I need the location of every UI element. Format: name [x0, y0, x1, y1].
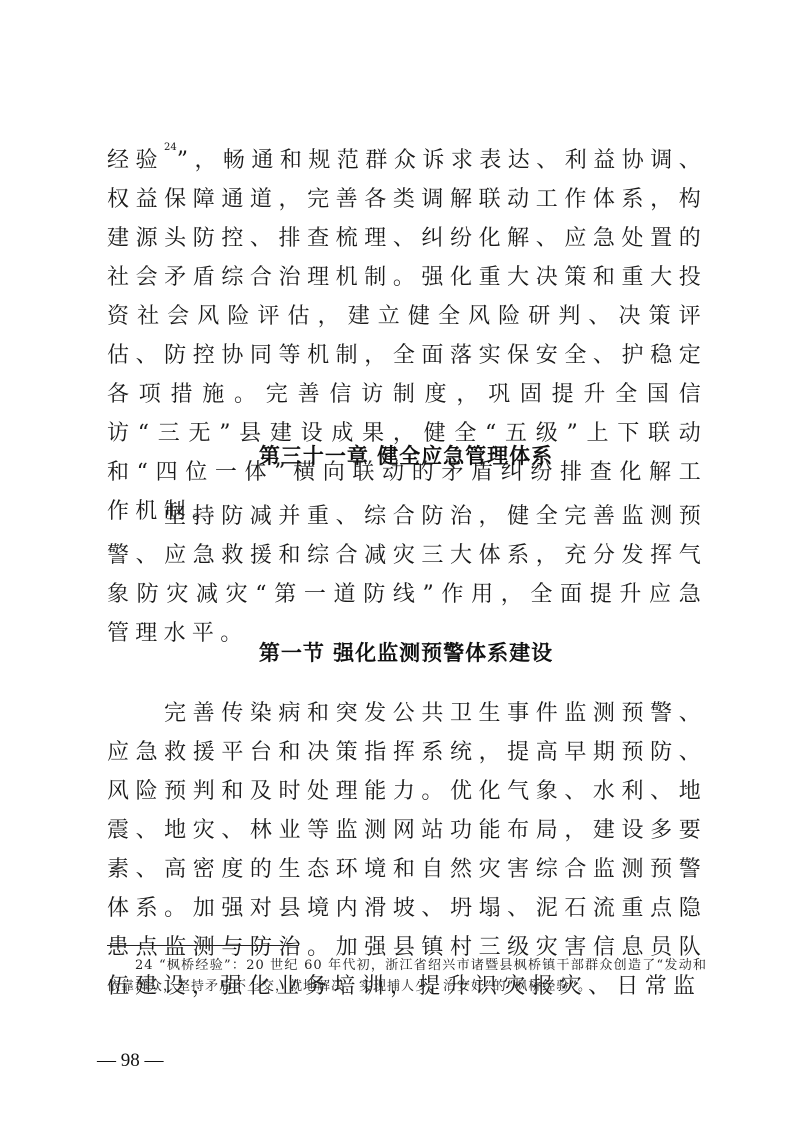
chapter-heading: 第三十一章 健全应急管理体系	[107, 440, 705, 470]
footnote-reference[interactable]: 24	[164, 142, 177, 153]
document-page: 经验24”，畅通和规范群众诉求表达、利益协调、权益保障通道，完善各类调解联动工作…	[0, 0, 793, 1122]
footnote-24: 24 “枫桥经验”：20 世纪 60 年代初，浙江省绍兴市诸暨县枫桥镇干部群众创…	[107, 955, 707, 997]
page-number: — 98 —	[97, 1050, 164, 1072]
footnote-divider	[107, 945, 299, 946]
paragraph-start: 经验	[107, 148, 164, 173]
paragraph-emergency-intro: 坚持防减并重、综合防治，健全完善监测预警、应急救援和综合减灾三大体系，充分发挥气…	[107, 497, 707, 653]
section-heading: 第一节 强化监测预警体系建设	[107, 637, 705, 667]
paragraph-social-governance: 经验24”，畅通和规范群众诉求表达、利益协调、权益保障通道，完善各类调解联动工作…	[107, 141, 707, 531]
